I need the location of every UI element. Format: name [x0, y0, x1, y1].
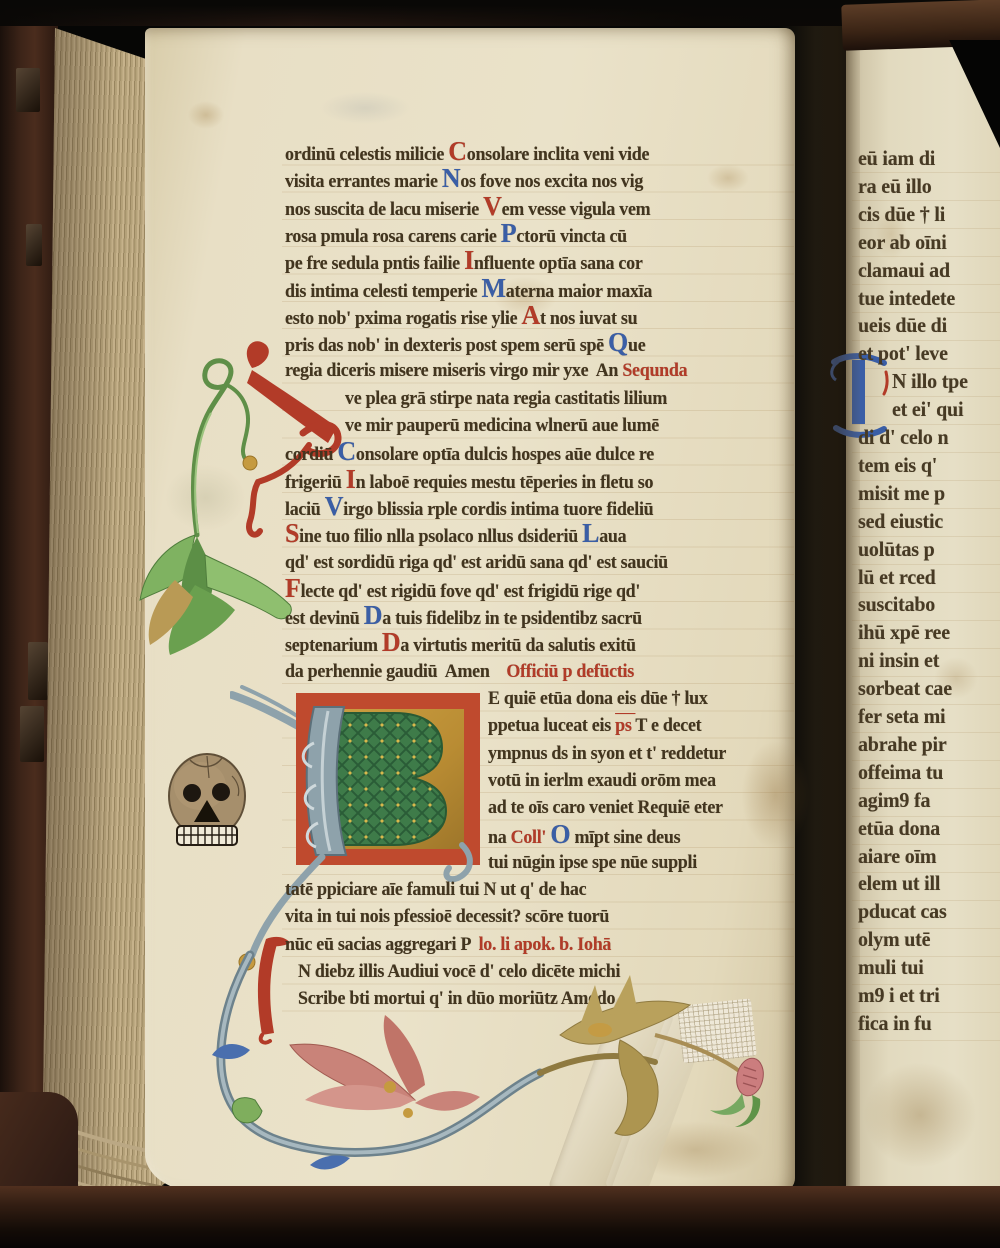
rosebud	[710, 1056, 767, 1127]
clasp-remnant	[16, 68, 40, 112]
clasp-remnant	[26, 224, 42, 266]
clasp-remnant	[28, 642, 48, 700]
clasp-remnant	[20, 706, 44, 762]
vine-border-bottom	[150, 855, 810, 1185]
right-page	[846, 20, 1000, 1192]
bottom-cover-edge	[0, 1186, 1000, 1248]
red-initial-a-flourish	[225, 325, 355, 550]
manuscript-photo: ordinū celestis milicie Consolare inclit…	[0, 0, 1000, 1248]
blue-initial-i	[828, 348, 890, 444]
